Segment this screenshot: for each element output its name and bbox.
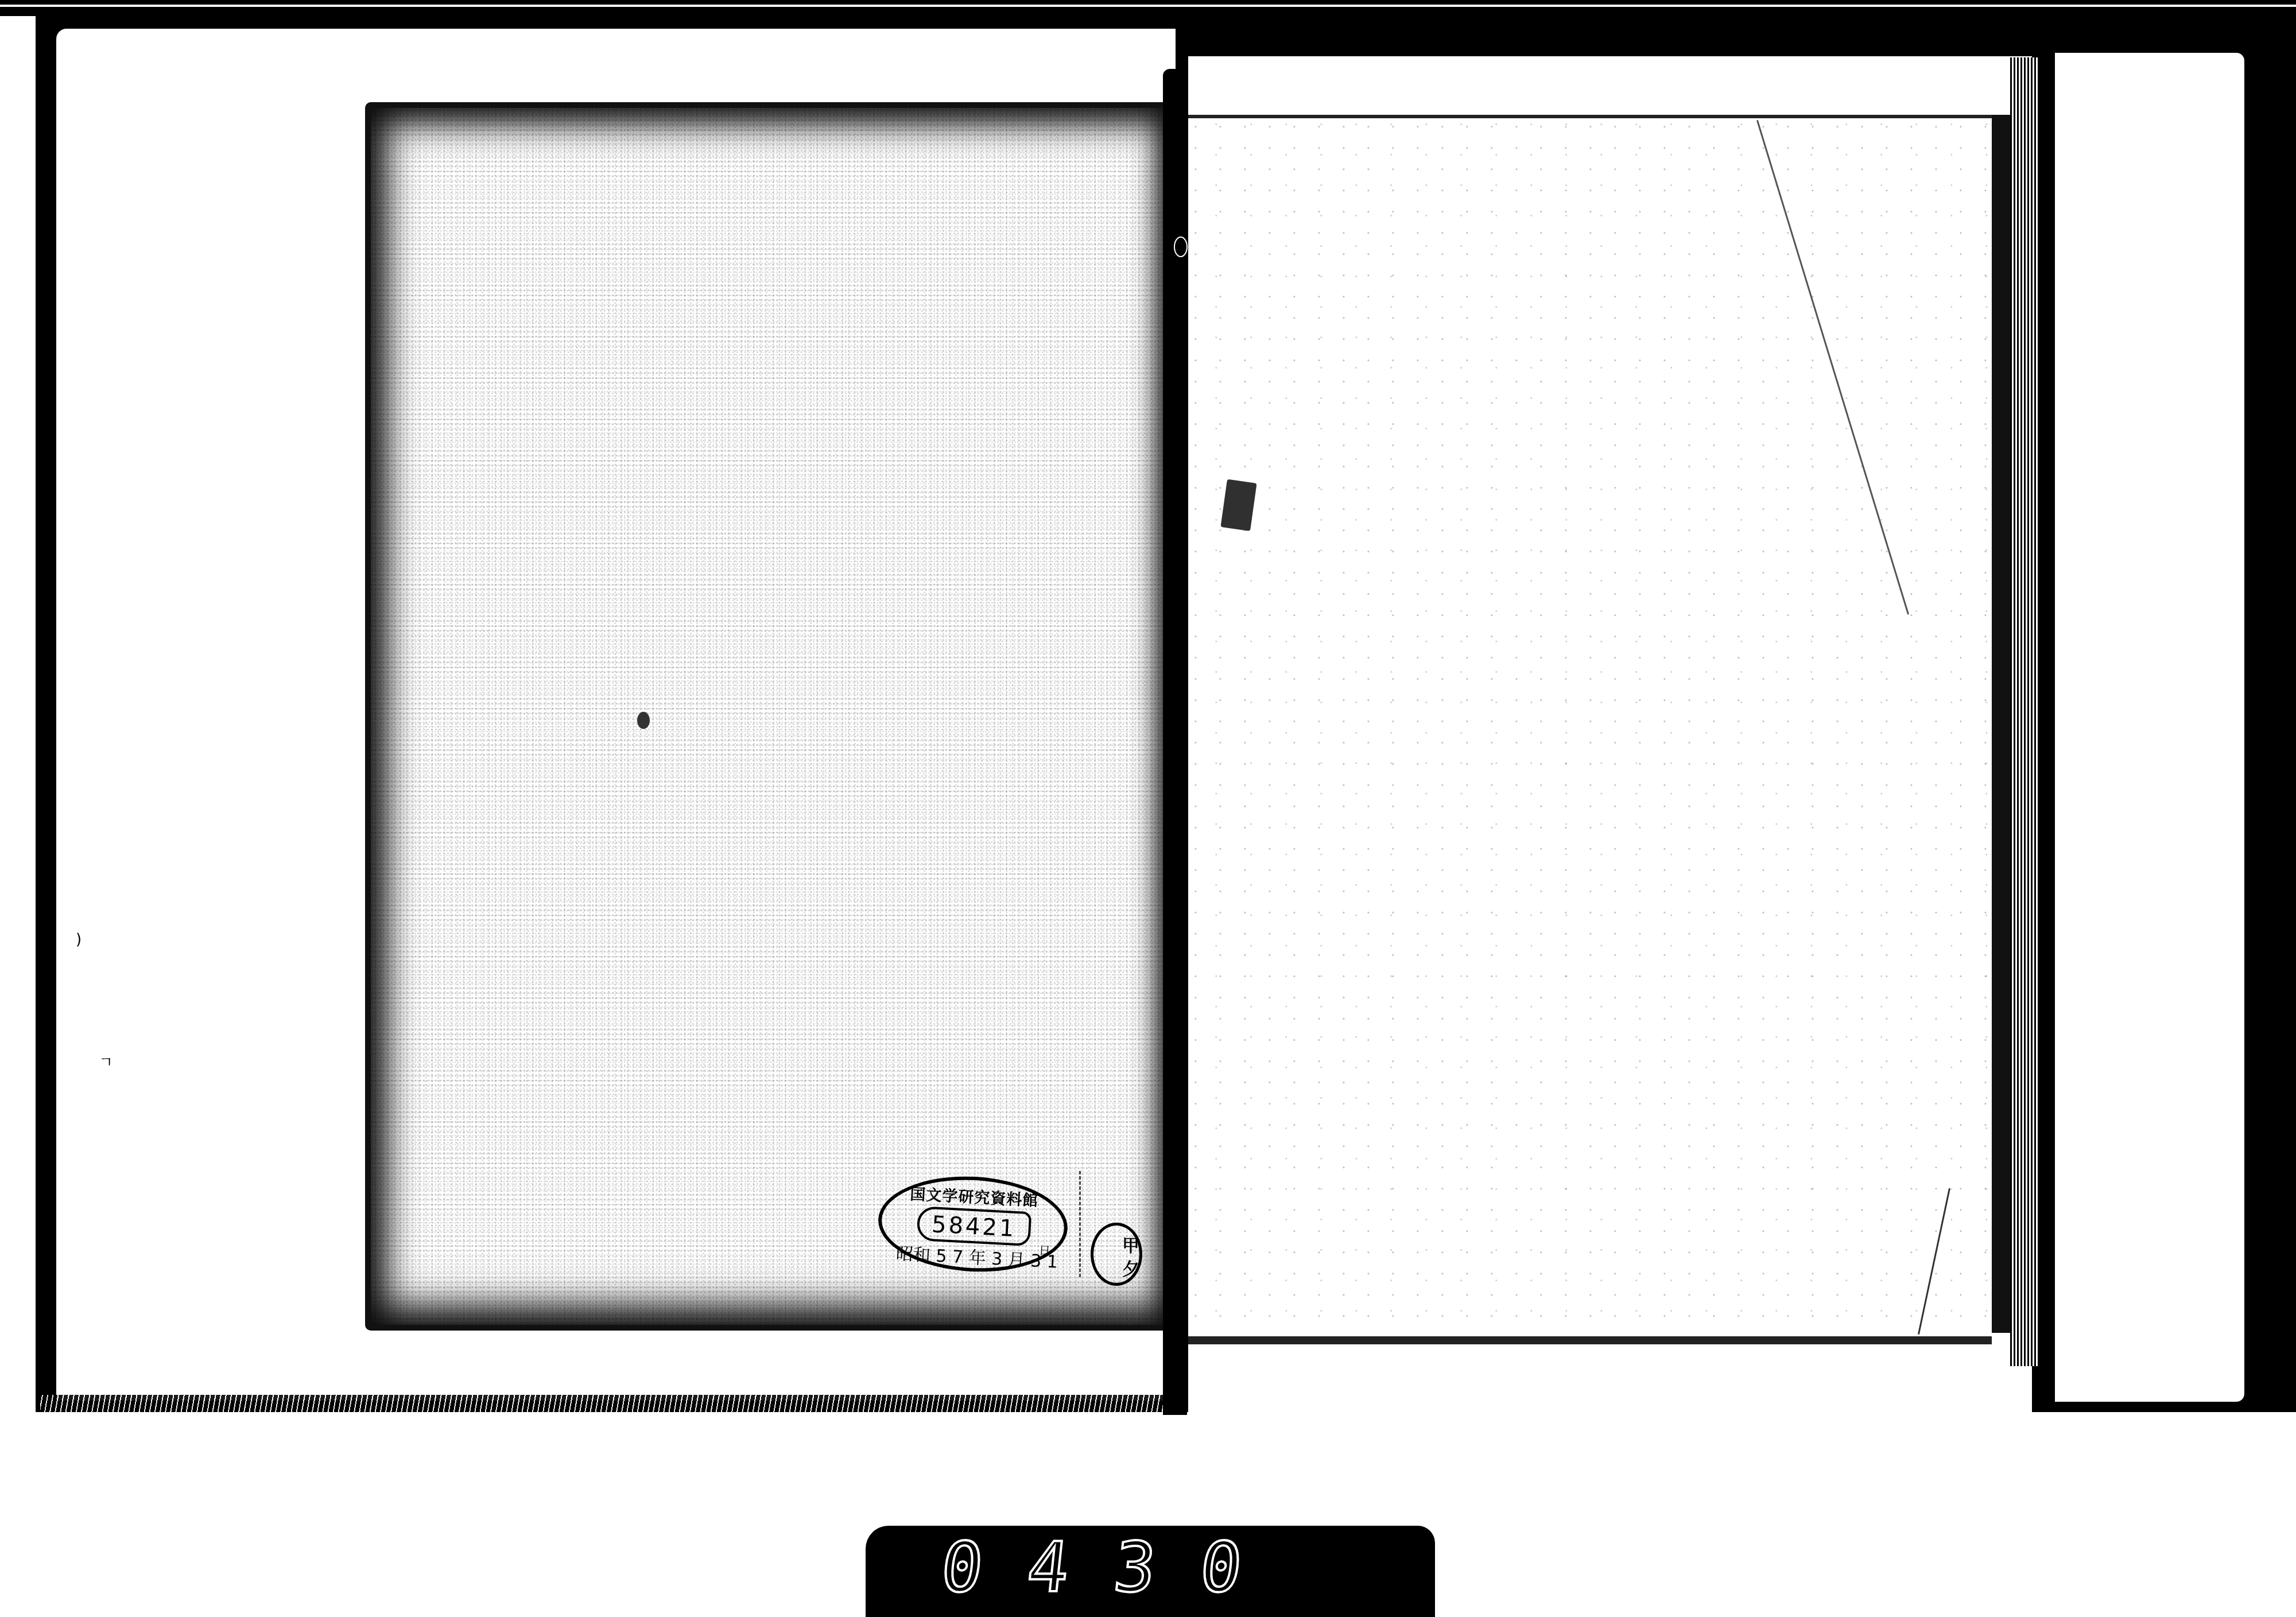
stamp-accession-number: 58421 xyxy=(919,1211,1029,1243)
margin-mark: ) xyxy=(76,931,82,948)
right-page xyxy=(1188,115,1992,1344)
stamp-divider xyxy=(1079,1171,1082,1277)
frame-counter-digit: 4 xyxy=(1024,1534,1073,1603)
left-page xyxy=(365,102,1174,1331)
frame-counter-digit: 0 xyxy=(1196,1534,1245,1603)
frame-counter-digit: 0 xyxy=(938,1534,987,1603)
frame-counter-digit: 3 xyxy=(1110,1534,1159,1603)
right-page-fore-edge xyxy=(1992,115,2010,1333)
page-blemish xyxy=(637,712,650,729)
left-board-bottom-edge xyxy=(40,1395,1182,1412)
right-board-edge xyxy=(2039,115,2042,1332)
seal-text: 甲 夕 xyxy=(1093,1229,1139,1284)
margin-mark: ㄱ xyxy=(99,1050,113,1072)
right-page-stack xyxy=(2010,57,2039,1366)
stamp-number-box: 58421 xyxy=(916,1206,1031,1246)
book-spine-gutter xyxy=(1163,69,1187,1415)
stamp-day-suffix: 日 xyxy=(1038,1241,1050,1258)
ownership-seal: 甲 夕 xyxy=(1091,1223,1142,1286)
binding-thread-icon xyxy=(1174,236,1188,257)
frame-counter: 0 4 3 0 xyxy=(941,1534,1343,1603)
film-top-gap xyxy=(0,5,2296,7)
right-endsheet xyxy=(2055,53,2244,1402)
